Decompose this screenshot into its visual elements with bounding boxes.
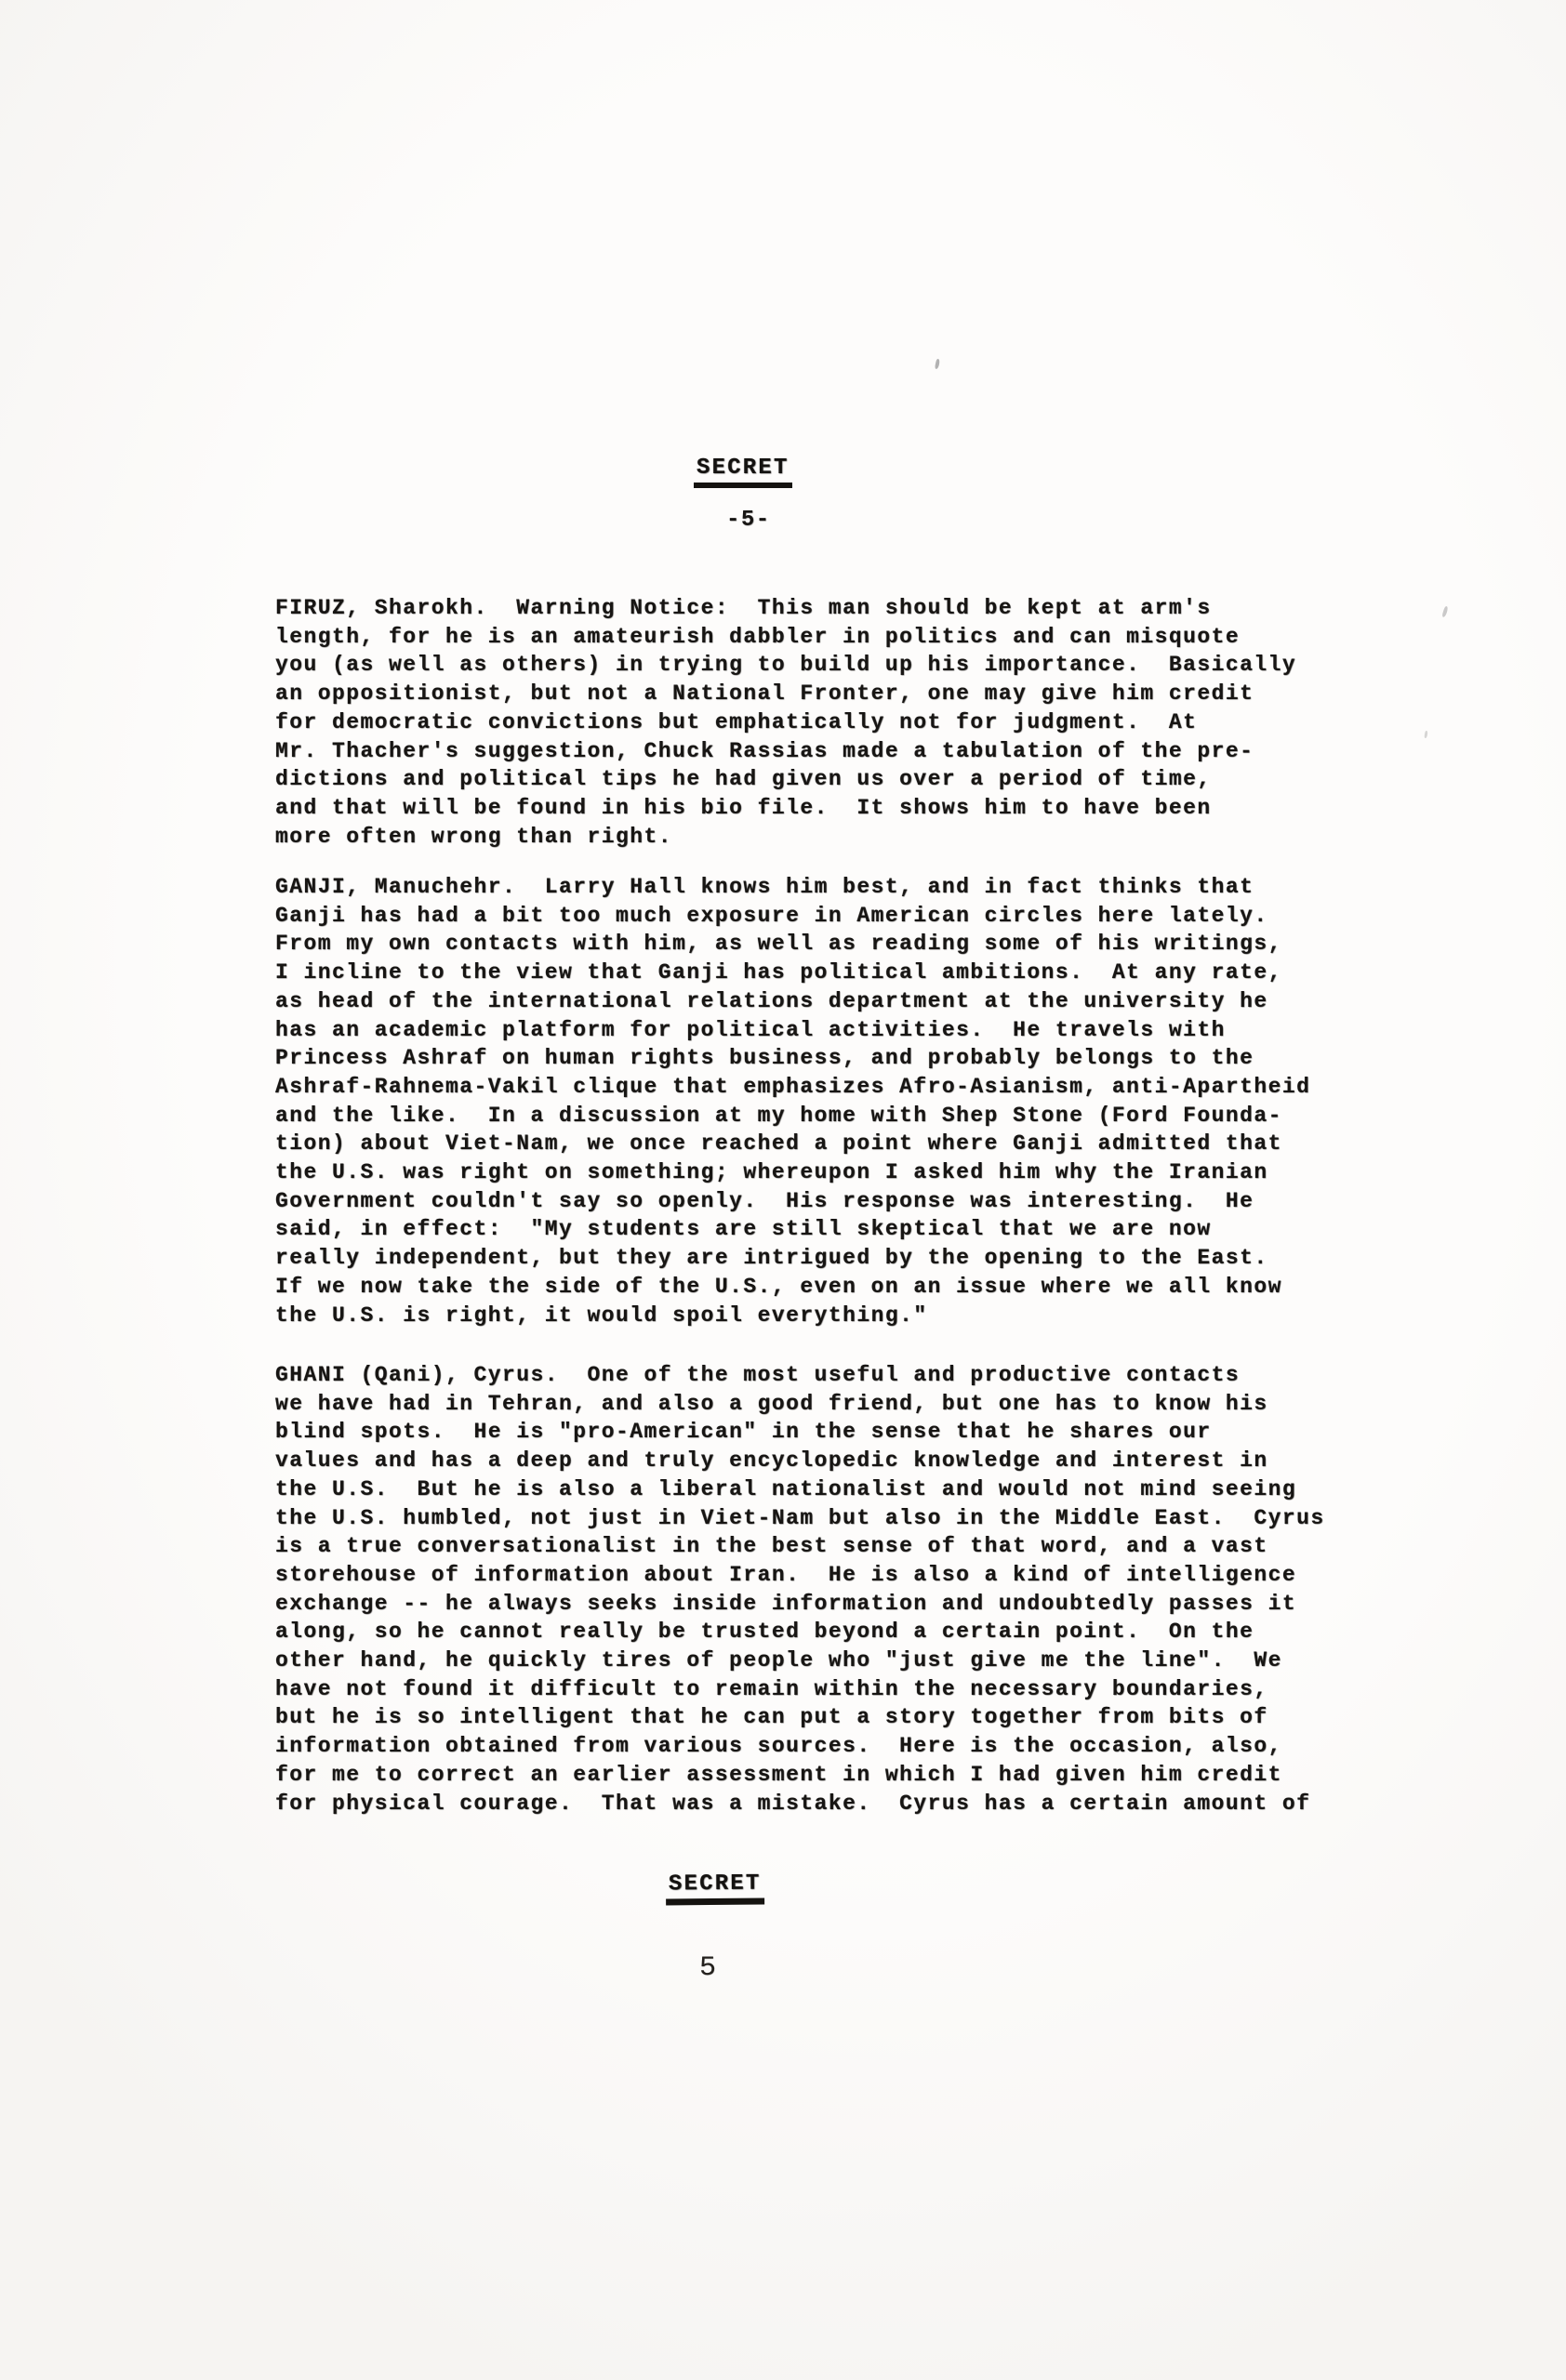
scan-speck (1441, 606, 1449, 618)
classification-label: SECRET (666, 1871, 764, 1906)
paragraph-ghani: GHANI (Qani), Cyrus. One of the most use… (275, 1361, 1325, 1818)
classification-label: SECRET (694, 456, 792, 488)
document-page: SECRET -5- FIRUZ, Sharokh. Warning Notic… (0, 0, 1566, 2380)
paragraph-ganji: GANJI, Manuchehr. Larry Hall knows him b… (275, 873, 1310, 1329)
scan-speck (935, 359, 940, 370)
paragraph-firuz: FIRUZ, Sharokh. Warning Notice: This man… (275, 594, 1296, 851)
classification-marking-bottom: SECRET (666, 1871, 764, 1906)
classification-marking-top: SECRET (694, 456, 792, 488)
page-number: 5 (699, 1952, 716, 1984)
scan-speck (1424, 731, 1427, 738)
page-marker-header: -5- (726, 508, 771, 533)
